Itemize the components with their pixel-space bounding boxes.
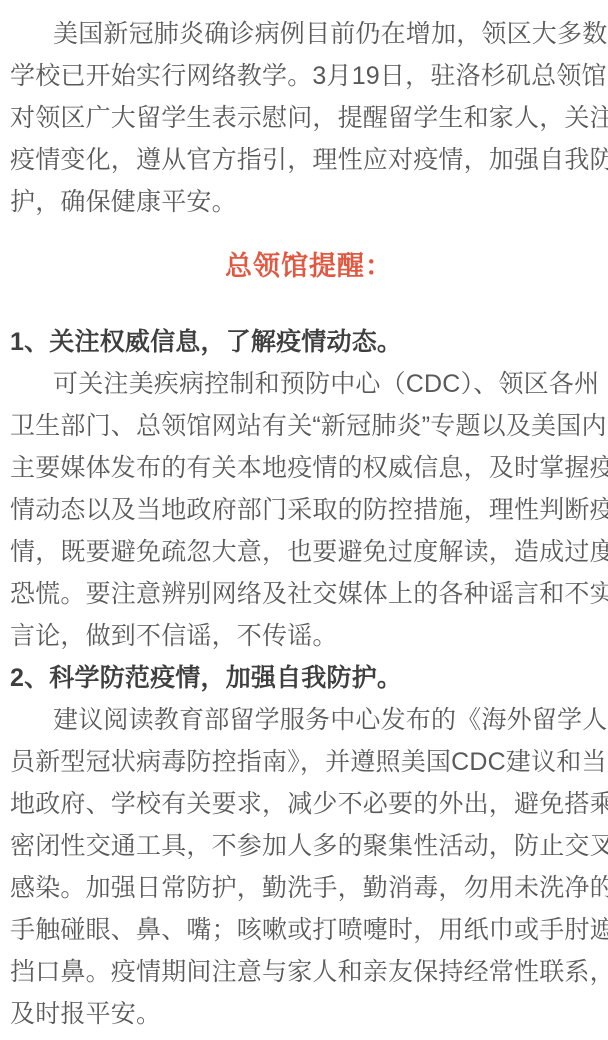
intro-paragraph: 美国新冠肺炎确诊病例目前仍在增加，领区大多数学校已开始实行网络教学。3月19日，… <box>10 13 608 223</box>
text-line: 手触碰眼、鼻、嘴；咳嗽或打喷嚏时，用纸巾或手肘遮 <box>10 909 608 951</box>
text-line: 对领区广大留学生表示慰问，提醒留学生和家人，关注 <box>10 97 608 139</box>
notice-title: 总领馆提醒： <box>10 245 608 287</box>
text-line: 美国新冠肺炎确诊病例目前仍在增加，领区大多数 <box>10 13 608 55</box>
text-line: 情，既要避免疏忽大意，也要避免过度解读，造成过度 <box>10 531 608 573</box>
text-line: 地政府、学校有关要求，减少不必要的外出，避免搭乘 <box>10 783 608 825</box>
text-line: 疫情变化，遵从官方指引，理性应对疫情，加强自我防 <box>10 139 608 181</box>
text-line: 密闭性交通工具，不参加人多的聚集性活动，防止交叉 <box>10 825 608 867</box>
text-line: 护，确保健康平安。 <box>10 181 608 223</box>
text-line: 恐慌。要注意辨别网络及社交媒体上的各种谣言和不实 <box>10 573 608 615</box>
article-content: 美国新冠肺炎确诊病例目前仍在增加，领区大多数学校已开始实行网络教学。3月19日，… <box>0 0 608 1035</box>
text-line: 学校已开始实行网络教学。3月19日，驻洛杉矶总领馆 <box>10 55 608 97</box>
text-line: 可关注美疾病控制和预防中心（CDC）、领区各州 <box>10 363 608 405</box>
text-line: 及时报平安。 <box>10 993 608 1035</box>
section-1-body: 可关注美疾病控制和预防中心（CDC）、领区各州卫生部门、总领馆网站有关“新冠肺炎… <box>10 363 608 657</box>
section-1-heading: 1、关注权威信息，了解疫情动态。 <box>10 321 608 363</box>
text-line: 主要媒体发布的有关本地疫情的权威信息，及时掌握疫 <box>10 447 608 489</box>
text-line: 挡口鼻。疫情期间注意与家人和亲友保持经常性联系， <box>10 951 608 993</box>
text-line: 感染。加强日常防护，勤洗手，勤消毒，勿用未洗净的 <box>10 867 608 909</box>
text-line: 员新型冠状病毒防控指南》，并遵照美国CDC建议和当 <box>10 741 608 783</box>
section-2-body: 建议阅读教育部留学服务中心发布的《海外留学人员新型冠状病毒防控指南》，并遵照美国… <box>10 699 608 1035</box>
section-2-heading: 2、科学防范疫情，加强自我防护。 <box>10 657 608 699</box>
text-line: 建议阅读教育部留学服务中心发布的《海外留学人 <box>10 699 608 741</box>
text-line: 情动态以及当地政府部门采取的防控措施，理性判断疫 <box>10 489 608 531</box>
text-line: 卫生部门、总领馆网站有关“新冠肺炎”专题以及美国内 <box>10 405 608 447</box>
text-line: 言论，做到不信谣，不传谣。 <box>10 615 608 657</box>
